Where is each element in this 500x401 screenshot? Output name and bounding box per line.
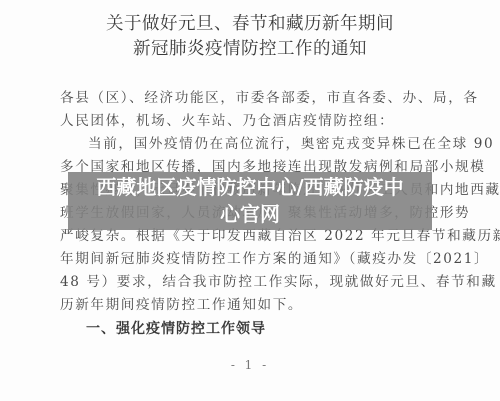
body-line: 当前，国外疫情仍在高位流行，奥密克戎变异株已在全球 90	[88, 135, 442, 153]
body-line: 年期间新冠肺炎疫情防控工作方案的通知》（藏疫办发〔2021〕	[60, 250, 442, 268]
page-number: - 1 -	[0, 358, 500, 372]
section-heading: 一、强化疫情防控工作领导	[86, 318, 266, 338]
watermark-line-2: 心官网	[68, 201, 432, 228]
body-line: 人民团体，机场、火车站、乃仓酒店疫情防控组：	[60, 112, 442, 130]
document-title-line-1: 关于做好元旦、春节和藏历新年期间	[0, 10, 500, 35]
body-line: 各县（区）、经济功能区，市委各部委，市直各委、办、局，各	[60, 89, 442, 107]
body-line: 历新年期间疫情防控工作通知如下。	[60, 296, 442, 314]
document-title-line-2: 新冠肺炎疫情防控工作的通知	[0, 35, 500, 60]
watermark-text: 西藏地区疫情防控中心/西藏防疫中 心官网	[68, 172, 432, 228]
watermark-line-1: 西藏地区疫情防控中心/西藏防疫中	[68, 174, 432, 201]
body-line: 48 号）要求，结合我市防控工作实际，现就做好元旦、春节和藏	[60, 273, 442, 291]
